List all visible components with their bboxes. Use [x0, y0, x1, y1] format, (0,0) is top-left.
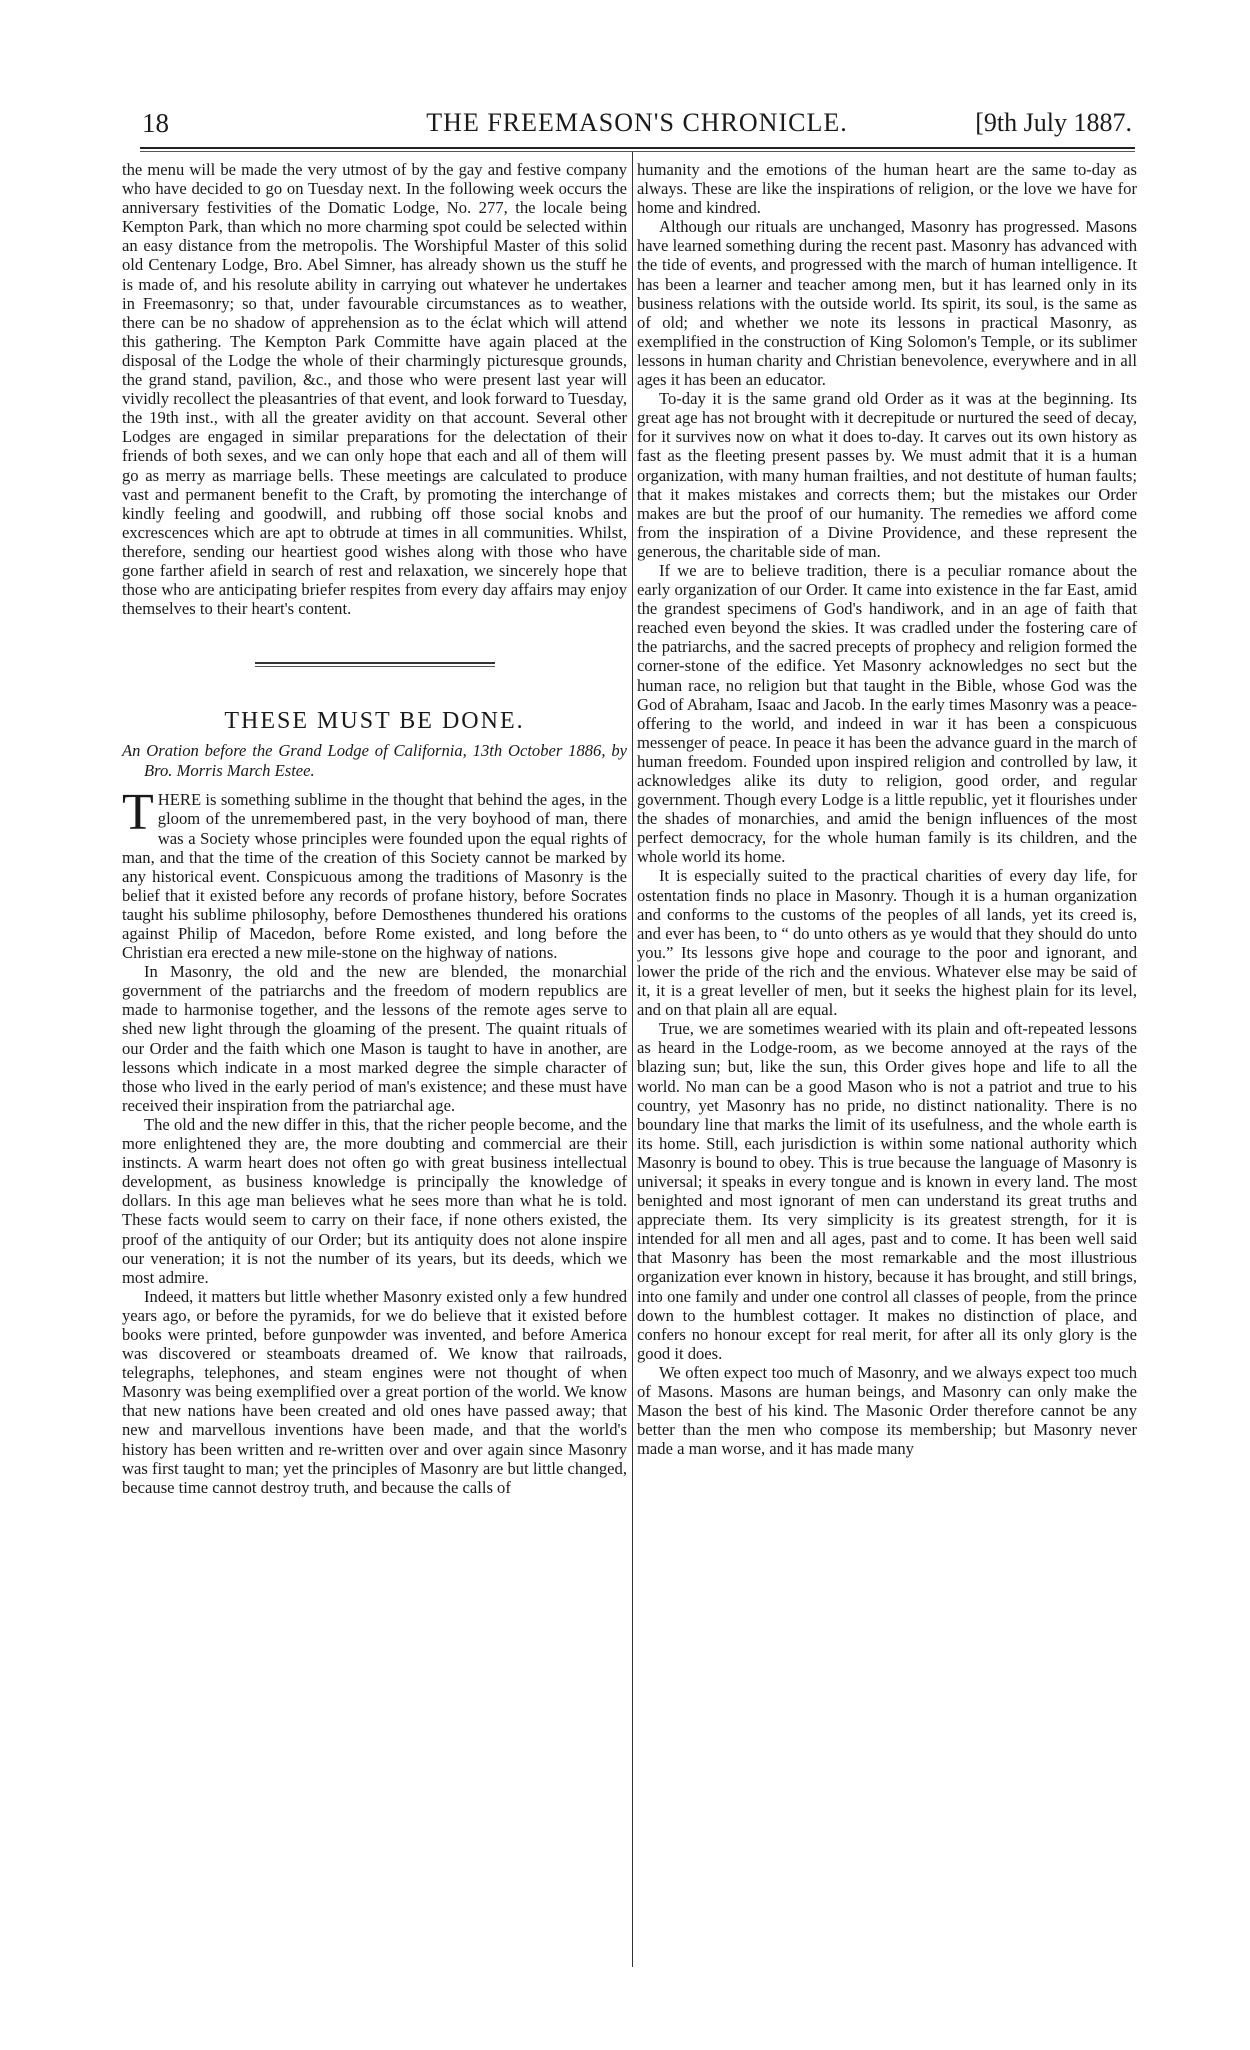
column-divider [632, 152, 633, 1967]
article-paragraph-7: To-day it is the same grand old Order as… [637, 389, 1137, 561]
article-paragraph-4: Indeed, it matters but little whether Ma… [122, 1287, 627, 1497]
right-column: humanity and the emotions of the human h… [637, 160, 1137, 1458]
continued-paragraph: the menu will be made the very utmost of… [122, 160, 627, 618]
header-rule-secondary [140, 151, 1135, 152]
article-paragraph-10: True, we are sometimes wearied with its … [637, 1019, 1137, 1363]
article-paragraph-1: THERE is something sublime in the though… [122, 790, 627, 962]
masthead: 18 THE FREEMASON'S CHRONICLE. [9th July … [142, 108, 1132, 148]
article-paragraph-6: Although our rituals are unchanged, Maso… [637, 217, 1137, 389]
article-paragraph-8: If we are to believe tradition, there is… [637, 561, 1137, 867]
issue-date: [9th July 1887. [975, 108, 1132, 138]
article-paragraph-5: humanity and the emotions of the human h… [637, 160, 1137, 217]
drop-cap: T [122, 793, 154, 833]
header-rule [140, 147, 1135, 149]
article-paragraph-11: We often expect too much of Masonry, and… [637, 1363, 1137, 1458]
article-paragraph-2: In Masonry, the old and the new are blen… [122, 962, 627, 1115]
article-paragraph-3: The old and the new differ in this, that… [122, 1115, 627, 1287]
section-divider-rule [255, 662, 495, 667]
left-column: the menu will be made the very utmost of… [122, 160, 627, 1497]
article-paragraph-9: It is especially suited to the practical… [637, 866, 1137, 1019]
article-byline: An Oration before the Grand Lodge of Cal… [122, 741, 627, 780]
article-title: THESE MUST BE DONE. [122, 712, 627, 731]
